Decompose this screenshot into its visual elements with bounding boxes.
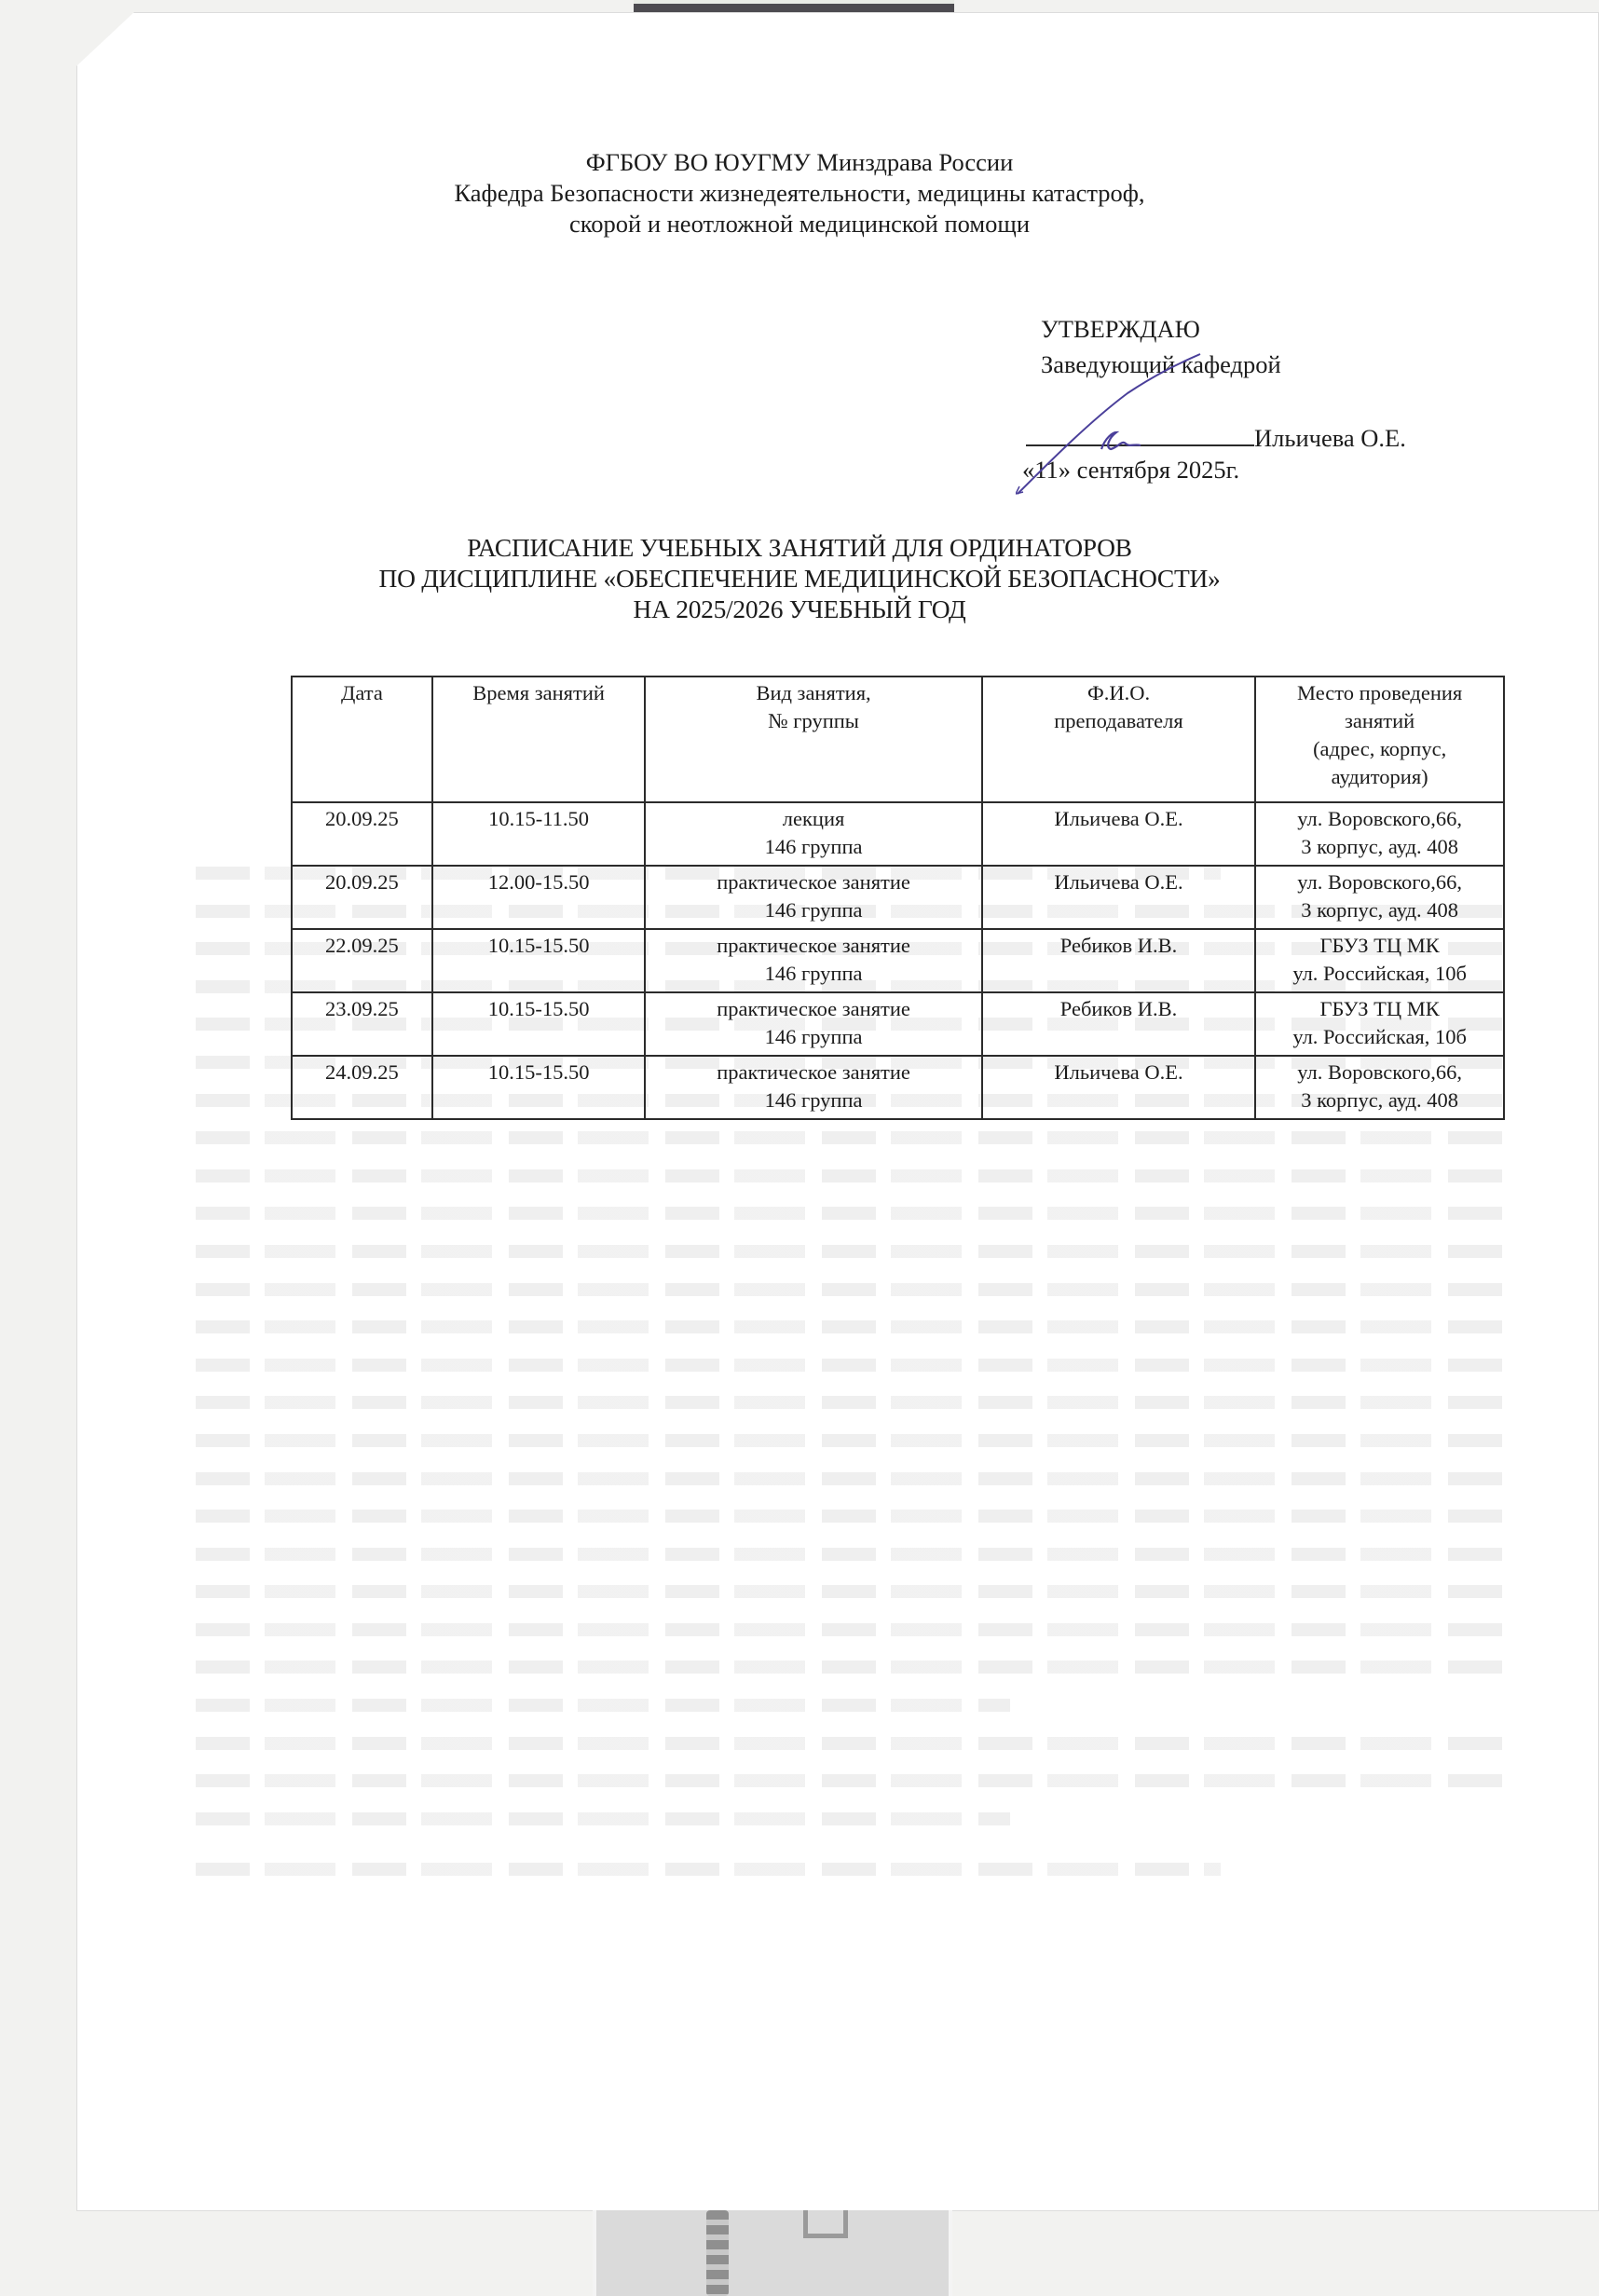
cell-place: ГБУЗ ТЦ МКул. Российская, 10б [1255,929,1504,992]
column-header-time: Время занятий [432,676,646,802]
cell-place: ул. Воровского,66,3 корпус, ауд. 408 [1255,1056,1504,1119]
table-header-row: Дата Время занятий Вид занятия,№ группы … [292,676,1504,802]
cell-time: 10.15-15.50 [432,1056,646,1119]
cell-place: ул. Воровского,66,3 корпус, ауд. 408 [1255,866,1504,929]
table-row: 20.09.2510.15-11.50лекция146 группаИльич… [292,802,1504,866]
title-line1: РАСПИСАНИЕ УЧЕБНЫХ ЗАНЯТИЙ ДЛЯ ОРДИНАТОР… [0,532,1599,563]
frame-icon [803,2210,848,2238]
title-line3: НА 2025/2026 УЧЕБНЫЙ ГОД [0,594,1599,624]
cell-date: 22.09.25 [292,929,432,992]
cell-date: 20.09.25 [292,866,432,929]
table-row: 23.09.2510.15-15.50практическое занятие1… [292,992,1504,1056]
column-header-type: Вид занятия,№ группы [645,676,981,802]
approver-name: Ильичева О.Е. [1254,424,1406,452]
column-header-teacher: Ф.И.О.преподавателя [982,676,1256,802]
cell-teacher: Ребиков И.В. [982,929,1256,992]
cell-type: практическое занятие146 группа [645,1056,981,1119]
cell-type: практическое занятие146 группа [645,866,981,929]
document-header: ФГБОУ ВО ЮУГМУ Минздрава России Кафедра … [0,147,1599,239]
cell-type: лекция146 группа [645,802,981,866]
cell-type: практическое занятие146 группа [645,929,981,992]
cell-time: 10.15-15.50 [432,929,646,992]
column-header-place: Место проведениязанятий(адрес, корпус,ау… [1255,676,1504,802]
cell-type: практическое занятие146 группа [645,992,981,1056]
document-title: РАСПИСАНИЕ УЧЕБНЫХ ЗАНЯТИЙ ДЛЯ ОРДИНАТОР… [0,532,1599,624]
cell-place: ул. Воровского,66,3 корпус, ауд. 408 [1255,802,1504,866]
approval-stamp: УТВЕРЖДАЮ [1041,311,1281,347]
approval-block: УТВЕРЖДАЮ Заведующий кафедрой Ильичева О… [1041,311,1281,382]
approval-date: «11» сентября 2025г. [1022,452,1239,487]
cell-teacher: Ильичева О.Е. [982,866,1256,929]
signature-line [1026,420,1254,446]
table-row: 20.09.2512.00-15.50практическое занятие1… [292,866,1504,929]
schedule-table: Дата Время занятий Вид занятия,№ группы … [291,676,1505,1120]
column-header-date: Дата [292,676,432,802]
organization-name: ФГБОУ ВО ЮУГМУ Минздрава России [0,147,1599,178]
approver-position: Заведующий кафедрой [1041,347,1281,382]
department-name-line2: скорой и неотложной медицинской помощи [0,209,1599,239]
cell-date: 20.09.25 [292,802,432,866]
cell-teacher: Ильичева О.Е. [982,1056,1256,1119]
table-row: 24.09.2510.15-15.50практическое занятие1… [292,1056,1504,1119]
cell-teacher: Ребиков И.В. [982,992,1256,1056]
scanner-top-artifact [634,0,954,12]
title-line2: ПО ДИСЦИПЛИНЕ «ОБЕСПЕЧЕНИЕ МЕДИЦИНСКОЙ Б… [0,563,1599,594]
table-row: 22.09.2510.15-15.50практическое занятие1… [292,929,1504,992]
cell-time: 10.15-11.50 [432,802,646,866]
film-strip-icon [706,2210,729,2296]
cell-place: ГБУЗ ТЦ МКул. Российская, 10б [1255,992,1504,1056]
table-body: 20.09.2510.15-11.50лекция146 группаИльич… [292,802,1504,1119]
cell-teacher: Ильичева О.Е. [982,802,1256,866]
signature-row: Ильичева О.Е. [1026,420,1406,456]
scanner-bottom-artifact [593,2210,952,2296]
department-name-line1: Кафедра Безопасности жизнедеятельности, … [0,178,1599,209]
cell-date: 23.09.25 [292,992,432,1056]
cell-date: 24.09.25 [292,1056,432,1119]
cell-time: 12.00-15.50 [432,866,646,929]
cell-time: 10.15-15.50 [432,992,646,1056]
